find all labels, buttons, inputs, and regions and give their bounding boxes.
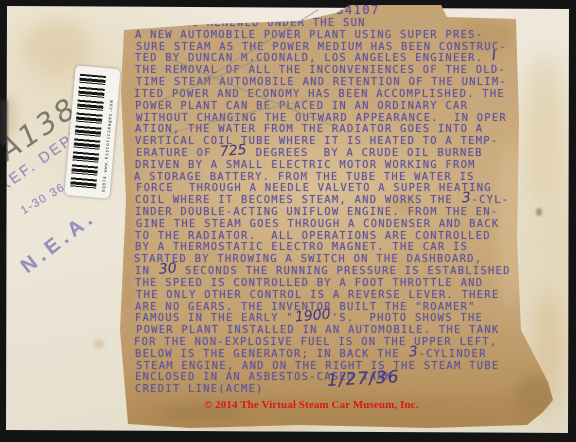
barcode-spacer [103,172,108,176]
typed-text: FOR THE NON-EXPLOSIVE FUEL IS ON THE UPP… [134,336,497,348]
typed-text: INDER DOUBLE-ACTING UNIFLOW ENGINE. FROM… [135,206,498,218]
typed-text: A NEW AUTOMOBILE POWER PLANT USING SUPER… [135,29,483,41]
typed-text: -CYL- [472,194,510,206]
typed-text: SECONDS THE RUNNING PRESSURE IS ESTABLIS… [178,265,511,277]
handwritten-numeral: 30 [158,264,176,274]
caption-line: GINE THE STEAM GOES THROUGH A CONDENSER … [136,219,512,231]
typed-text: GINE THE STEAM GOES THROUGH A CONDENSER … [136,218,499,230]
typed-text: FORCE THROUGH A NEEDLE VALVETO A SUPER H… [136,182,492,194]
caption-line: SURE STEAM AS THE POWER MEDIUM HAS BEEN … [136,42,512,54]
typed-text: 'S. PHOTO SHOWS THE [332,312,483,324]
typed-text: CREDIT LINE(ACME) [135,383,264,395]
paper-stain [526,55,562,205]
typed-text: -CYLINDER [419,348,487,360]
scan-edge-artifact [0,100,8,145]
caption-line: CREDIT LINE(ACME) [135,384,511,396]
typed-text: ERATURE OF [136,147,219,159]
typed-text: BY A THERMOSTATIC ELECTRO MAGNET. THE CA… [135,241,468,253]
caption-line: FORCE THROUGH A NEEDLE VALVETO A SUPER H… [136,183,512,195]
handwritten-numeral: 1900 [295,311,331,322]
handwritten-numeral: 725 [220,146,247,156]
press-photo-back-scan: A138-S REF. DEPT 1-30 36 N.E.A. 91074 ww… [0,0,576,442]
caption-line: THE ONLY OTHER CONTROL IS A REVERSE LEVE… [136,290,512,302]
typed-text: THE ONLY OTHER CONTROL IS A REVERSE LEVE… [136,289,499,301]
date-stamp: 1-30 36 [19,181,68,217]
caption-line: STARTED BY THROWING A SWITCH ON THE DASH… [134,254,510,266]
caption-line: STEAM ENGINE, AND ON THE RIGHT IS THE ST… [136,361,512,373]
caption-line: ERATURE OF 725 DEGREES BY A CRUDE OIL BU… [136,148,512,160]
typed-text: FAMOUS IN THE EARLY " [135,312,294,324]
nea-agency-stamp: N.E.A. [17,206,101,279]
museum-watermark: © 2014 The Virtual Steam Car Museum, Inc… [204,399,419,411]
typed-text: TO THE RADIATOR. ALL OPERATIONS ARE CONT… [135,230,491,242]
barcode-icon [70,74,106,190]
typed-text: ATION, THE WATER FROM THE RADIATOR GOES … [135,123,483,135]
typed-text: COIL WHERE IT BECOMES STEAM, AND WORKS T… [135,194,461,206]
typed-text: A STORAGE BATTERY. FROM THE TUBE THE WAT… [134,171,475,183]
caption-line: ITED POWER AND ECONOMY HAS BEEN ACCOMPLI… [134,89,510,101]
typed-text: WITHOUT CHANGING THE OUTWARD APPEARANCE.… [136,112,507,124]
handwritten-numeral: 3 [408,347,418,356]
caption-line: FOR THE NON-EXPLOSIVE FUEL IS ON THE UPP… [134,337,510,349]
typed-text: IN [135,265,158,277]
caption-line: WITHOUT CHANGING THE OUTWARD APPEARANCE.… [136,113,512,125]
typed-text: THE SPEED IS CONTROLLED BY A FOOT THROTT… [135,277,483,289]
typed-text: SURE STEAM AS THE POWER MEDIUM HAS BEEN … [136,41,507,53]
typed-text: VERTICAL COIL TUBE WHERE IT IS HEATED TO… [135,135,498,147]
typed-text: ITED POWER AND ECONOMY HAS BEEN ACCOMPLI… [134,88,505,100]
handwritten-numeral: I [491,52,496,60]
typed-text: POWER PLANT INSTALLED IN AN AUTOMOBILE. … [136,324,499,336]
handwritten-numeral: 3 [461,194,471,203]
typed-text: POWER PLANT CAN BE PLACED IN AN ORDINARY… [135,100,468,112]
paper-stain [536,208,542,216]
typed-text: BELOW IS THE GENERATOR; IN BACK THE [135,348,408,360]
caption-lines: SOMETHING RENEWED UNDER THE SUNA NEW AUT… [135,18,511,396]
typed-text: STEAM ENGINE, AND ON THE RIGHT IS THE ST… [136,360,499,372]
typed-text: THE REMOVAL OF ALL THE INCONVENIENCES OF… [135,64,506,76]
typed-text: TED BY DUNCAN M.CDONALD, LOS ANGELES ENG… [135,52,491,64]
barcode-code: 91074 [102,176,108,193]
handwritten-date: 1/27/36 [327,367,400,391]
typed-text: DRIVEN BY A SMALL ELECTRIC MOTOR WORKING… [135,159,476,171]
barcode-site: www.historicimages.com [104,100,115,173]
typed-text: TIME STEAM AUTOMOBILE AND RETENTION OF T… [136,76,507,88]
typed-text: STARTED BY THROWING A SWITCH ON THE DASH… [134,253,482,265]
paper-stain [94,340,104,348]
typed-text: DEGREES BY A CRUDE OIL BURNEB [248,147,483,159]
